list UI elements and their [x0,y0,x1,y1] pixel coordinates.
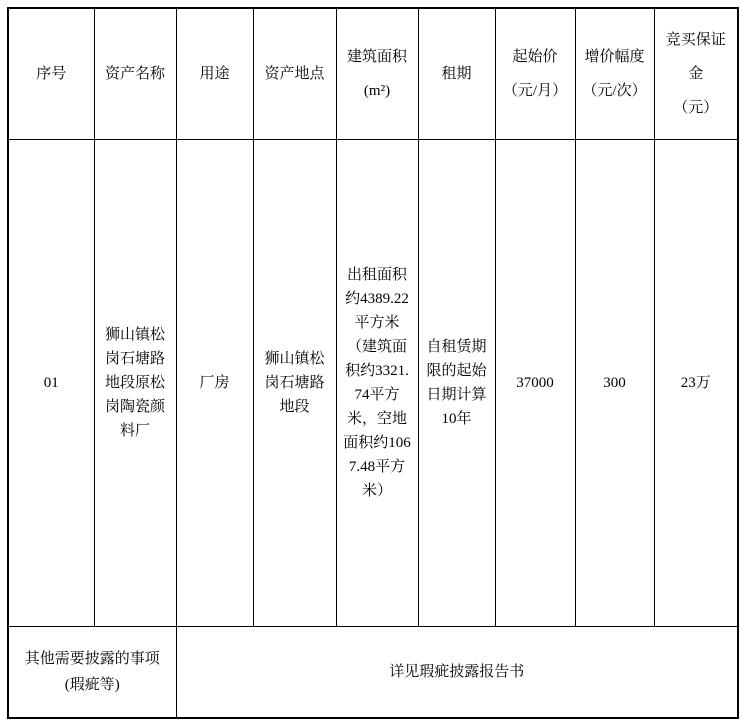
cell-start-price: 37000 [495,139,575,626]
col-header-increment: 增价幅度 （元/次） [575,8,654,139]
cell-usage: 厂房 [176,139,253,626]
cell-deposit: 23万 [654,139,738,626]
table-footer-row: 其他需要披露的事项(瑕疵等) 详见瑕疵披露报告书 [8,626,738,718]
col-header-area: 建筑面积 (m²) [336,8,418,139]
col-header-no: 序号 [8,8,94,139]
cell-lease-term: 自租赁期限的起始日期计算10年 [418,139,495,626]
footer-label-cell: 其他需要披露的事项(瑕疵等) [8,626,176,718]
cell-area: 出租面积约4389.22 平方米（建筑面积约3321.74平方米，空地面积约10… [336,139,418,626]
table-row: 01 狮山镇松岗石塘路地段原松岗陶瓷颜料厂 厂房 狮山镇松岗石塘路地段 出租面积… [8,139,738,626]
table-header-row: 序号 资产名称 用途 资产地点 建筑面积 (m²) 租期 起始价 （元/月） 增… [8,8,738,139]
col-header-start-price: 起始价 （元/月） [495,8,575,139]
cell-increment: 300 [575,139,654,626]
col-header-deposit: 竞买保证金 （元） [654,8,738,139]
asset-auction-table: 序号 资产名称 用途 资产地点 建筑面积 (m²) 租期 起始价 （元/月） 增… [7,7,739,719]
cell-asset-name: 狮山镇松岗石塘路地段原松岗陶瓷颜料厂 [94,139,176,626]
col-header-lease-term: 租期 [418,8,495,139]
footer-value-cell: 详见瑕疵披露报告书 [176,626,738,718]
cell-no: 01 [8,139,94,626]
col-header-asset-name: 资产名称 [94,8,176,139]
col-header-location: 资产地点 [253,8,336,139]
col-header-usage: 用途 [176,8,253,139]
cell-location: 狮山镇松岗石塘路地段 [253,139,336,626]
